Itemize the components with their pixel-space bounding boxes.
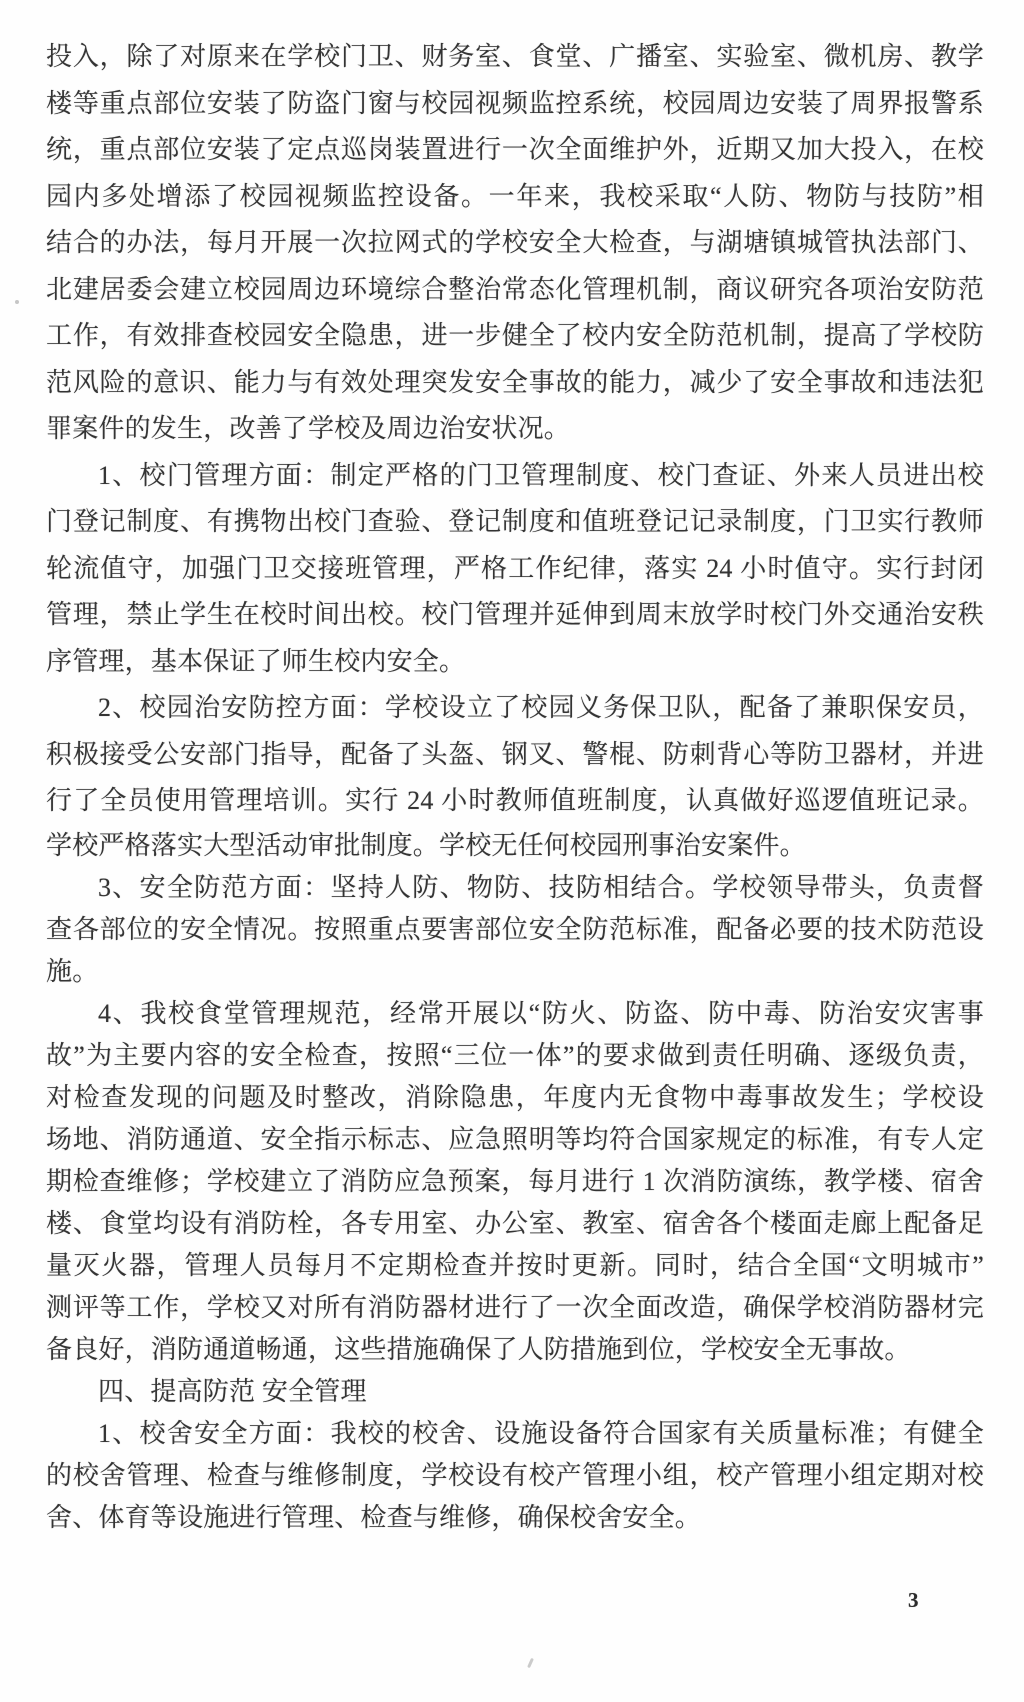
document-text: 投入，除了对原来在学校门卫、财务室、食堂、广播室、实验室、微机房、教学楼等重点部… bbox=[46, 34, 984, 1539]
text-line: 施。 bbox=[46, 951, 984, 993]
text-line: 轮流值守，加强门卫交接班管理，严格工作纪律，落实 24 小时值守。实行封闭 bbox=[46, 546, 984, 593]
text-line: 行了全员使用管理培训。实行 24 小时教师值班制度，认真做好巡逻值班记录。 bbox=[46, 778, 984, 825]
text-line: 统，重点部位安装了定点巡岗装置进行一次全面维护外，近期又加大投入，在校 bbox=[46, 127, 984, 174]
text-line: 舍、体育等设施进行管理、检查与维修，确保校舍安全。 bbox=[46, 1497, 984, 1539]
text-line: 2、校园治安防控方面：学校设立了校园义务保卫队，配备了兼职保安员， bbox=[46, 685, 984, 732]
text-line: 对检查发现的问题及时整改，消除隐患，年度内无食物中毒事故发生；学校设施、 bbox=[46, 1077, 984, 1119]
text-line: 查各部位的安全情况。按照重点要害部位安全防范标准，配备必要的技术防范设 bbox=[46, 909, 984, 951]
text-line: 1、校门管理方面：制定严格的门卫管理制度、校门查证、外来人员进出校 bbox=[46, 453, 984, 500]
text-line: 备良好，消防通道畅通，这些措施确保了人防措施到位，学校安全无事故。 bbox=[46, 1329, 984, 1371]
text-line: 测评等工作，学校又对所有消防器材进行了一次全面改造，确保学校消防器材完 bbox=[46, 1287, 984, 1329]
text-line: 期检查维修；学校建立了消防应急预案，每月进行 1 次消防演练，教学楼、宿舍 bbox=[46, 1161, 984, 1203]
text-line: 四、提高防范 安全管理 bbox=[46, 1371, 984, 1413]
text-line: 园内多处增添了校园视频监控设备。一年来，我校采取“人防、物防与技防”相 bbox=[46, 174, 984, 221]
text-line: 楼等重点部位安装了防盗门窗与校园视频监控系统，校园周边安装了周界报警系 bbox=[46, 81, 984, 128]
text-line: 范风险的意识、能力与有效处理突发安全事故的能力，减少了安全事故和违法犯 bbox=[46, 360, 984, 407]
text-line: 结合的办法，每月开展一次拉网式的学校安全大检查，与湖塘镇城管执法部门、 bbox=[46, 220, 984, 267]
text-line: 量灭火器，管理人员每月不定期检查并按时更新。同时，结合全国“文明城市” bbox=[46, 1245, 984, 1287]
text-line: 故”为主要内容的安全检查，按照“三位一体”的要求做到责任明确、逐级负责， bbox=[46, 1035, 984, 1077]
text-line: 管理，禁止学生在校时间出校。校门管理并延伸到周末放学时校门外交通治安秩 bbox=[46, 592, 984, 639]
text-line: 门登记制度、有携物出校门查验、登记制度和值班登记记录制度，门卫实行教师 bbox=[46, 499, 984, 546]
text-line: 序管理，基本保证了师生校内安全。 bbox=[46, 639, 984, 686]
text-line: 3、安全防范方面：坚持人防、物防、技防相结合。学校领导带头，负责督 bbox=[46, 867, 984, 909]
text-line: 4、我校食堂管理规范，经常开展以“防火、防盗、防中毒、防治安灾害事 bbox=[46, 993, 984, 1035]
text-line: 场地、消防通道、安全指示标志、应急照明等均符合国家规定的标准，有专人定 bbox=[46, 1119, 984, 1161]
page-number: 3 bbox=[908, 1588, 919, 1613]
text-line: 楼、食堂均设有消防栓，各专用室、办公室、教室、宿舍各个楼面走廊上配备足 bbox=[46, 1203, 984, 1245]
text-line: 积极接受公安部门指导，配备了头盔、钢叉、警棍、防刺背心等防卫器材，并进 bbox=[46, 732, 984, 779]
scan-speck bbox=[527, 1658, 534, 1668]
text-line: 罪案件的发生，改善了学校及周边治安状况。 bbox=[46, 406, 984, 453]
scan-speck bbox=[15, 300, 19, 304]
text-line: 的校舍管理、检查与维修制度，学校设有校产管理小组，校产管理小组定期对校 bbox=[46, 1455, 984, 1497]
text-line: 1、校舍安全方面：我校的校舍、设施设备符合国家有关质量标准；有健全 bbox=[46, 1413, 984, 1455]
text-line: 北建居委会建立校园周边环境综合整治常态化管理机制，商议研究各项治安防范 bbox=[46, 267, 984, 314]
text-line: 学校严格落实大型活动审批制度。学校无任何校园刑事治安案件。 bbox=[46, 825, 984, 867]
scanned-document-page: 投入，除了对原来在学校门卫、财务室、食堂、广播室、实验室、微机房、教学楼等重点部… bbox=[0, 0, 1024, 1702]
text-line: 工作，有效排查校园安全隐患，进一步健全了校内安全防范机制，提高了学校防 bbox=[46, 313, 984, 360]
text-line: 投入，除了对原来在学校门卫、财务室、食堂、广播室、实验室、微机房、教学 bbox=[46, 34, 984, 81]
